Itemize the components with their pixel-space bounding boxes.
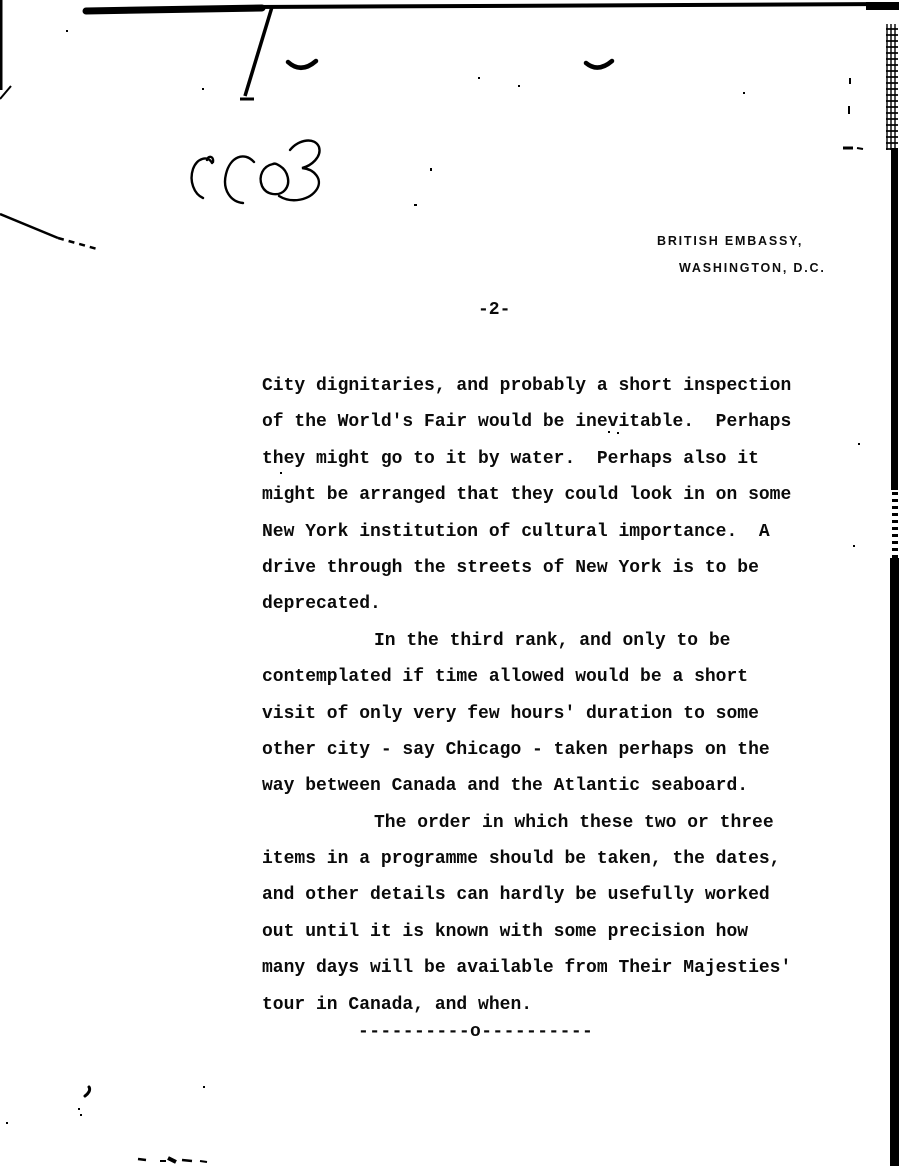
handwritten-c1 bbox=[192, 157, 214, 198]
noise-dot bbox=[203, 1086, 205, 1088]
typed-line: might be arranged that they could look i… bbox=[262, 477, 822, 513]
letterhead-city: WASHINGTON, D.C. bbox=[679, 261, 826, 275]
crescent-mark-right bbox=[586, 61, 612, 68]
page-number: -2- bbox=[478, 300, 510, 320]
letterhead-embassy: BRITISH EMBASSY, bbox=[657, 234, 803, 248]
closing-divider: ----------o---------- bbox=[358, 1022, 593, 1042]
typed-line: other city - say Chicago - taken perhaps… bbox=[262, 732, 822, 768]
corner-diagonal-solid bbox=[0, 214, 58, 238]
bottom-speck-3 bbox=[168, 1158, 176, 1162]
noise-dot bbox=[478, 77, 480, 79]
top-edge-line bbox=[255, 4, 899, 7]
scanned-letter-page: CC03 BRITISH EMBASSY, WASHINGTON, D.C. -… bbox=[0, 0, 900, 1166]
handwritten-c2 bbox=[225, 156, 254, 203]
typed-line: out until it is known with some precisio… bbox=[262, 914, 822, 950]
left-edge-hook bbox=[0, 86, 11, 99]
corner-diagonal-dashed bbox=[58, 238, 97, 249]
noise-dot bbox=[430, 168, 432, 171]
right-scan-band-upper bbox=[891, 148, 898, 490]
fold-diagonal-line bbox=[245, 7, 272, 96]
typed-line: many days will be available from Their M… bbox=[262, 950, 822, 986]
typed-line: of the World's Fair would be inevitable.… bbox=[262, 404, 822, 440]
typed-body: City dignitaries, and probably a short i… bbox=[262, 368, 822, 1023]
margin-dash-2 bbox=[857, 148, 863, 149]
noise-dot bbox=[858, 443, 860, 445]
crescent-mark-left bbox=[288, 61, 316, 68]
handwritten-o bbox=[261, 164, 289, 195]
typed-line: way between Canada and the Atlantic seab… bbox=[262, 768, 822, 804]
top-edge-line-thick bbox=[86, 8, 262, 11]
typed-line: they might go to it by water. Perhaps al… bbox=[262, 441, 822, 477]
noise-dot bbox=[414, 204, 417, 206]
typed-line: visit of only very few hours' duration t… bbox=[262, 696, 822, 732]
handwritten-3 bbox=[279, 141, 320, 201]
right-scan-band-lower bbox=[890, 558, 899, 1166]
bottom-speck-5 bbox=[200, 1161, 207, 1162]
typed-line: contemplated if time allowed would be a … bbox=[262, 659, 822, 695]
noise-dot bbox=[202, 88, 204, 90]
noise-dot bbox=[853, 545, 855, 547]
typed-line: items in a programme should be taken, th… bbox=[262, 841, 822, 877]
bottom-speck-1 bbox=[138, 1159, 146, 1160]
typed-line: and other details can hardly be usefully… bbox=[262, 877, 822, 913]
right-scan-band-gap bbox=[892, 490, 898, 558]
noise-dot bbox=[743, 92, 745, 94]
handwritten-annotation-cc03: CC03 bbox=[180, 132, 330, 222]
typed-line: New York institution of cultural importa… bbox=[262, 514, 822, 550]
typed-line: tour in Canada, and when. bbox=[262, 987, 822, 1023]
right-scan-band-speckle bbox=[886, 24, 898, 150]
typed-line: drive through the streets of New York is… bbox=[262, 550, 822, 586]
typed-line: City dignitaries, and probably a short i… bbox=[262, 368, 822, 404]
noise-dot bbox=[80, 1114, 82, 1116]
typed-line: In the third rank, and only to be bbox=[262, 623, 822, 659]
noise-dot bbox=[6, 1122, 8, 1124]
noise-dot bbox=[66, 30, 68, 32]
noise-dot bbox=[78, 1108, 80, 1110]
typed-line: deprecated. bbox=[262, 586, 822, 622]
stray-apostrophe-mark bbox=[85, 1087, 90, 1096]
bottom-speck-4 bbox=[182, 1160, 192, 1161]
noise-dot bbox=[518, 85, 520, 87]
typed-line: The order in which these two or three bbox=[262, 805, 822, 841]
